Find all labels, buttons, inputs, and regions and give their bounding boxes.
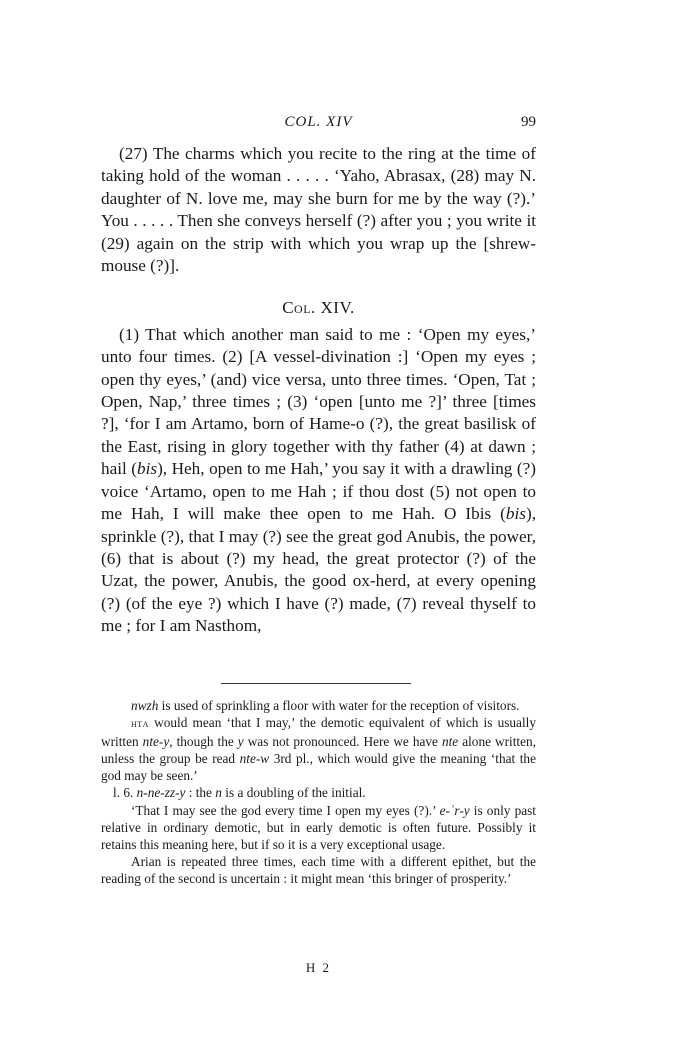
- italic-term: n-ne-zz-y: [137, 785, 186, 800]
- text-segment: is used of sprinkling a floor with water…: [158, 698, 519, 713]
- italic-term: n: [215, 785, 222, 800]
- footnote-1: nwzh is used of sprinkling a floor with …: [101, 697, 536, 714]
- text-segment: : the: [185, 785, 215, 800]
- paragraph-col-xiv: (1) That which another man said to me : …: [101, 324, 536, 638]
- footnotes: nwzh is used of sprinkling a floor with …: [101, 697, 536, 887]
- italic-term: bis: [506, 504, 526, 523]
- section-heading-numeral: XIV.: [321, 298, 355, 317]
- italic-term: nwzh: [131, 698, 158, 713]
- italic-term: e-ʾr-y: [440, 803, 470, 818]
- italic-term: bis: [137, 459, 157, 478]
- text-segment: ), sprinkle (?), that I may (?) see the …: [101, 504, 536, 635]
- section-heading-prefix: Col.: [282, 298, 316, 317]
- main-text: (27) The charms which you recite to the …: [101, 143, 536, 638]
- coptic-term: нтa: [131, 718, 149, 730]
- footnote-4: ‘That I may see the god every time I ope…: [101, 802, 536, 853]
- paragraph-col-xiii-end: (27) The charms which you recite to the …: [101, 143, 536, 277]
- italic-term: nte-w: [240, 751, 270, 766]
- italic-term: nte-y: [143, 734, 170, 749]
- text-segment: is a doubling of the initial.: [222, 785, 366, 800]
- footnote-5: Arian is repeated three times, each time…: [101, 853, 536, 887]
- footnote-2: нтa would mean ‘that I may,’ the demotic…: [101, 714, 536, 784]
- text-segment: ‘That I may see the god every time I ope…: [131, 803, 440, 818]
- text-segment: , though the: [169, 734, 238, 749]
- page-number: 99: [521, 114, 536, 131]
- signature-mark: H 2: [101, 960, 536, 976]
- running-head: COL. XIV 99: [101, 114, 536, 136]
- text-segment: (1) That which another man said to me : …: [101, 325, 536, 478]
- section-heading: Col. XIV.: [101, 297, 536, 319]
- text-segment: ), Heh, open to me Hah,’ you say it with…: [101, 459, 536, 523]
- running-title: COL. XIV: [101, 114, 536, 131]
- italic-term: nte: [442, 734, 458, 749]
- footnote-divider: [221, 683, 411, 684]
- footnote-3: l. 6. n-ne-zz-y : the n is a doubling of…: [101, 784, 536, 801]
- line-reference: l. 6.: [113, 785, 137, 800]
- text-segment: was not pronounced. Here we have: [244, 734, 442, 749]
